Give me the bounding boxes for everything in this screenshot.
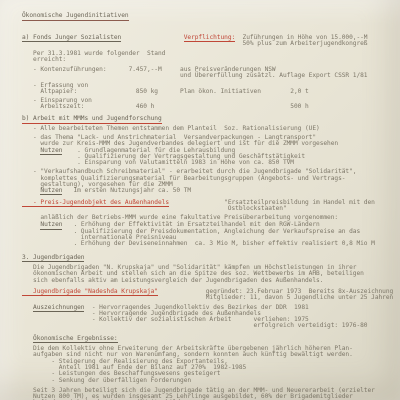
text-segment: . Erhöhung der Deviseneinnahmen ca. 3 Mi… [22,240,375,247]
text-line: erfolgreich verteidigt: 1976-80 [22,323,392,329]
text-segment: Ostblockstaaten" [22,205,287,212]
text-segment: - Alle bearbeiteten Themen entstammen de… [22,125,320,132]
scanned-document-page: Ökonomische Jugendinitiativen a) Fonds J… [0,0,400,400]
text-segment: b) Arbeit mit MMMs und Jugendforschung [22,115,162,123]
text-line: - Alle bearbeiteten Themen entstammen de… [22,126,392,132]
text-line: Ökonomische Ergebnisse: [22,336,392,342]
text-line: erreicht: [22,57,392,63]
text-segment: erfolgreich verteidigt: 1976-80 [22,322,367,329]
document-body: a) Fonds Junger Sozialisten Verpflichtun… [22,35,392,400]
text-line: b) Arbeit mit MMMs und Jugendforschung [22,116,392,122]
text-line: . Erhöhung der Deviseneinnahmen ca. 3 Mi… [22,241,392,247]
text-segment: erreicht: [22,56,66,63]
text-line: Nutzen Im ersten Nutzungsjahr ca. 50 TM [22,188,392,194]
text-segment [22,335,33,342]
text-segment: Nutzen [40,187,62,195]
text-segment: 3. Jugendbrigaden [22,254,84,262]
text-segment: Mitglieder: 11, davon 5 Jugendliche unte… [22,294,393,301]
text-line: und Übererfüllung zusätzl. Auflage Expor… [22,73,392,79]
text-line: - Senkung der überfälligen Forderungen [22,378,392,384]
text-line: . Einsparung von Valutamitteln 1983 in H… [22,160,392,166]
text-segment: Im ersten Nutzungsjahr ca. 50 TM [62,187,191,194]
text-line: Mitglieder: 11, davon 5 Jugendliche unte… [22,295,392,301]
text-line: Ostblockstaaten" [22,206,392,212]
text-segment: anläßlich der Betriebs-MMM wurde eine fa… [22,214,338,221]
text-line: Arbeitszeit: 460 h 500 h [22,104,392,110]
text-segment: Ökonomische Ergebnisse: [33,335,118,343]
text-segment: sich ebenfalls aktiv am Leistungsverglei… [22,277,323,284]
text-segment [22,187,40,194]
text-segment: Arbeitszeit: 460 h 500 h [22,103,309,110]
text-segment: . Einsparung von Valutamitteln 1983 in H… [22,159,294,166]
text-line: 3. Jugendbrigaden [22,255,392,261]
text-segment: aufgaben sind nicht nur von Warenumfang,… [22,351,353,358]
text-segment: 50% plus zum Arbeiterjugendkongreß [22,40,367,47]
document-title: Ökonomische Jugendinitiativen [22,13,129,21]
document-content: Ökonomische Jugendinitiativen a) Fonds J… [22,12,392,400]
text-segment: - Senkung der überfälligen Forderungen [22,377,191,384]
text-line: sich ebenfalls aktiv am Leistungsverglei… [22,278,392,284]
text-line: Altpapier: 850 kg Plan ökon. Initiativen… [22,89,392,95]
text-segment: und Übererfüllung zusätzl. Auflage Expor… [22,72,367,79]
text-segment: wurde zur Kreis-MMM des Jugendverbandes … [22,140,338,147]
text-segment: Altpapier: 850 kg Plan ökon. Initiativen… [22,88,309,95]
text-line: 50% plus zum Arbeiterjugendkongreß [22,41,392,47]
